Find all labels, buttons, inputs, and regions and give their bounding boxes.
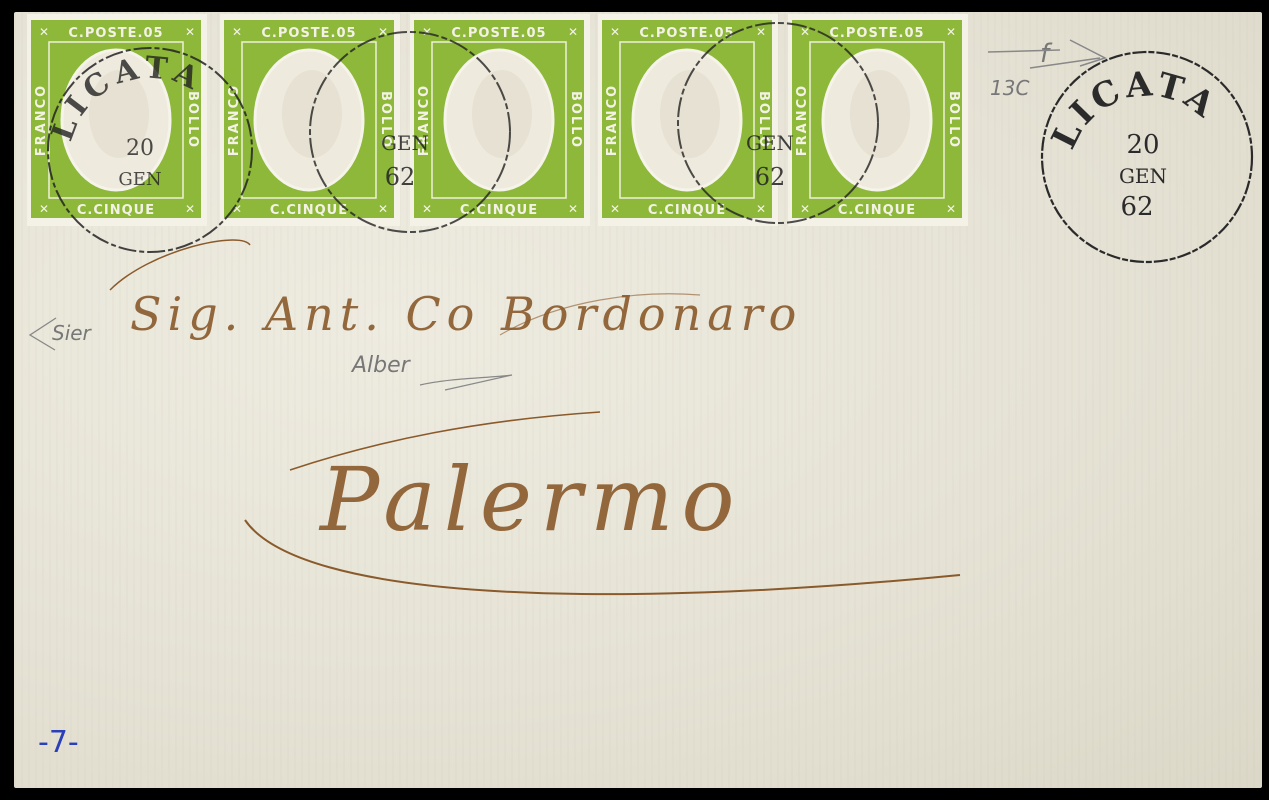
address-line-1: Sig. Ant. Co Bordonaro: [110, 240, 802, 341]
handwriting-layer: Sig. Ant. Co Bordonaro Palermo f 13C Sie…: [0, 0, 1269, 800]
blue-ink-mark: -7-: [38, 725, 79, 760]
pencil-code: 13C: [990, 76, 1029, 100]
svg-text:Sig. Ant. Co Bordonaro: Sig. Ant. Co Bordonaro: [130, 287, 802, 341]
svg-text:Palermo: Palermo: [318, 448, 742, 551]
pencil-middle-note: Alber: [350, 353, 412, 378]
pencil-left-note: Sier: [52, 321, 93, 345]
address-line-2: Palermo: [245, 412, 960, 594]
